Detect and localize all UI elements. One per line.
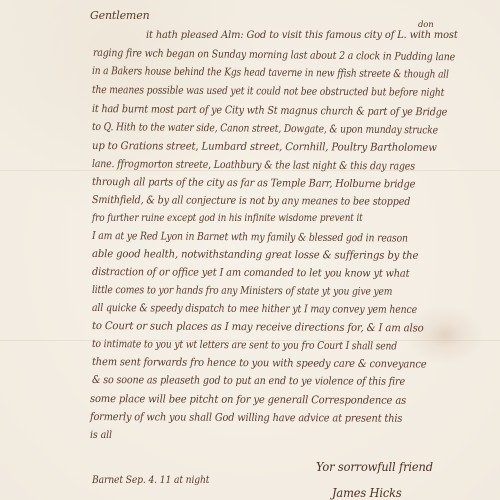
body-line: to Court or such places as I may receive… xyxy=(92,319,424,335)
body-line: is all xyxy=(90,428,112,442)
body-line: through all parts of the city as far as … xyxy=(92,175,415,191)
body-line: fro further ruine except god in his infi… xyxy=(92,211,363,225)
closing: Yor sorrowfull friend xyxy=(316,460,433,474)
body-line: formerly of wch you shall God willing ha… xyxy=(90,410,402,426)
body-line: & so soone as pleaseth god to put an end… xyxy=(92,373,405,389)
salutation: Gentlemen xyxy=(90,9,150,23)
body-line: able good health, notwithstanding great … xyxy=(92,247,418,263)
body-line: lane. ffrogmorton streete, Loathbury & t… xyxy=(92,157,415,174)
body-line: little comes to yor hands fro any Minist… xyxy=(92,283,392,299)
body-line: distraction of or office yet I am comand… xyxy=(92,265,409,281)
place-date: Barnet Sep. 4. 11 at night xyxy=(92,474,209,488)
body-line: it hath pleased Alm: God to visit this f… xyxy=(146,28,458,42)
body-line: all quicke & speedy dispatch to mee hith… xyxy=(92,301,417,317)
body-line: the meanes possible was used yet it coul… xyxy=(92,83,444,100)
body-line: some place will bee pitcht on for ye gen… xyxy=(90,392,406,408)
signature: James Hicks xyxy=(332,486,402,500)
body-line: to intimate to you yt wt letters are sen… xyxy=(92,337,397,353)
body-line: Smithfield, & by all conjecture is not b… xyxy=(92,193,410,209)
body-line: I am at ye Red Lyon in Barnet wth my fam… xyxy=(92,229,408,246)
body-line: up to Grations street, Lumbard street, C… xyxy=(92,139,437,155)
body-line: them sent forwards fro hence to you with… xyxy=(92,355,427,372)
